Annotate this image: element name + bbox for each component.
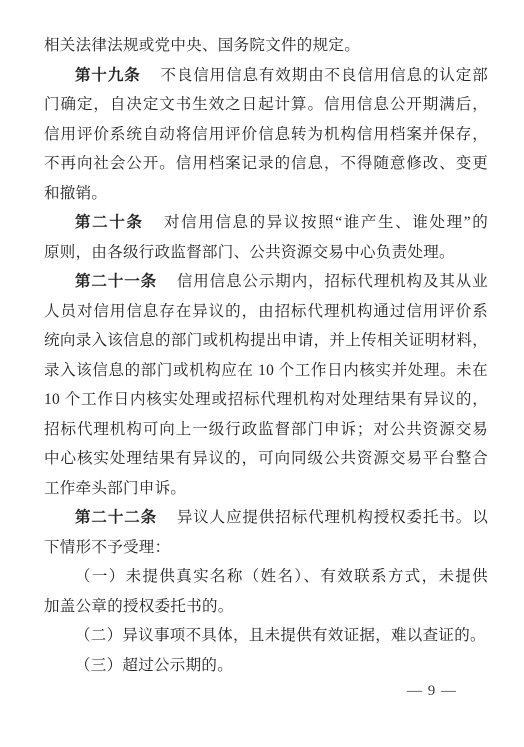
text-line: （三）超过公示期的。: [44, 651, 488, 681]
text-line: （一）未提供真实名称（姓名）、有效联系方式，未提供: [44, 562, 488, 592]
text-line: 不再向社会公开。信用档案记录的信息，不得随意修改、变更: [44, 149, 488, 179]
text-line: 第二十一条 信用信息公示期内，招标代理机构及其从业: [44, 267, 488, 297]
page-number: — 9 —: [407, 677, 457, 706]
line-text: 信用评价系统自动将信用评价信息转为机构信用档案并保存，: [44, 126, 488, 143]
article-number-label: 第十九条: [75, 67, 141, 84]
article-number-label: 第二十一条: [75, 273, 157, 290]
article-number-label: 第二十二条: [75, 509, 157, 526]
text-line: 人员对信用信息存在异议的，由招标代理机构通过信用评价系: [44, 297, 488, 327]
text-line: 录入该信息的部门或机构应在 10 个工作日内核实并处理。未在: [44, 356, 488, 386]
line-text: 相关法律法规或党中央、国务院文件的规定。: [44, 37, 360, 54]
article-number-label: 第二十条: [75, 214, 144, 231]
text-line: 10 个工作日内核实处理或招标代理机构对处理结果有异议的，: [44, 385, 488, 415]
text-line: 工作牵头部门申诉。: [44, 474, 488, 504]
line-text: 对信用信息的异议按照“谁产生、谁处理”的: [164, 214, 488, 231]
line-text: 加盖公章的授权委托书的。: [44, 598, 234, 615]
line-text: 10 个工作日内核实处理或招标代理机构对处理结果有异议的，: [44, 391, 488, 408]
line-text: （一）未提供真实名称（姓名）、有效联系方式，未提供: [75, 568, 488, 585]
document-page: 相关法律法规或党中央、国务院文件的规定。 第十九条 不良信用信息有效期由不良信用…: [0, 0, 524, 747]
text-line: 第二十条 对信用信息的异议按照“谁产生、谁处理”的: [44, 208, 488, 238]
text-line: 信用评价系统自动将信用评价信息转为机构信用档案并保存，: [44, 120, 488, 150]
line-text: （三）超过公示期的。: [75, 657, 233, 674]
line-text: 不良信用信息有效期由不良信用信息的认定部: [160, 67, 488, 84]
line-text: 异议人应提供招标代理机构授权委托书。以: [177, 509, 488, 526]
line-text: 中心核实处理结果有异议的，可向同级公共资源交易平台整合: [44, 450, 488, 467]
text-line: 加盖公章的授权委托书的。: [44, 592, 488, 622]
line-text: 下情形不予受理：: [44, 539, 170, 556]
text-line: 和撤销。: [44, 179, 488, 209]
line-text: 不再向社会公开。信用档案记录的信息，不得随意修改、变更: [44, 155, 488, 172]
text-line: 中心核实处理结果有异议的，可向同级公共资源交易平台整合: [44, 444, 488, 474]
line-text: 原则，由各级行政监督部门、公共资源交易中心负责处理。: [44, 244, 455, 261]
line-text: 信用信息公示期内，招标代理机构及其从业: [177, 273, 488, 290]
line-text: 招标代理机构可向上一级行政监督部门申诉；对公共资源交易: [44, 421, 488, 438]
line-text: 录入该信息的部门或机构应在 10 个工作日内核实并处理。未在: [44, 362, 488, 379]
text-line: 招标代理机构可向上一级行政监督部门申诉；对公共资源交易: [44, 415, 488, 445]
document-body: 相关法律法规或党中央、国务院文件的规定。 第十九条 不良信用信息有效期由不良信用…: [44, 31, 488, 680]
line-text: 工作牵头部门申诉。: [44, 480, 186, 497]
text-line: 相关法律法规或党中央、国务院文件的规定。: [44, 31, 488, 61]
text-line: 下情形不予受理：: [44, 533, 488, 563]
text-line: 原则，由各级行政监督部门、公共资源交易中心负责处理。: [44, 238, 488, 268]
line-text: 人员对信用信息存在异议的，由招标代理机构通过信用评价系: [44, 303, 488, 320]
text-line: 统向录入该信息的部门或机构提出申请，并上传相关证明材料，: [44, 326, 488, 356]
text-line: 第十九条 不良信用信息有效期由不良信用信息的认定部: [44, 61, 488, 91]
line-text: 和撤销。: [44, 185, 107, 202]
line-text: （二）异议事项不具体，且未提供有效证据，难以查证的。: [75, 627, 486, 644]
line-text: 门确定，自决定文书生效之日起计算。信用信息公开期满后，: [44, 96, 488, 113]
text-line: 门确定，自决定文书生效之日起计算。信用信息公开期满后，: [44, 90, 488, 120]
line-text: 统向录入该信息的部门或机构提出申请，并上传相关证明材料，: [44, 332, 488, 349]
text-line: 第二十二条 异议人应提供招标代理机构授权委托书。以: [44, 503, 488, 533]
text-line: （二）异议事项不具体，且未提供有效证据，难以查证的。: [44, 621, 488, 651]
